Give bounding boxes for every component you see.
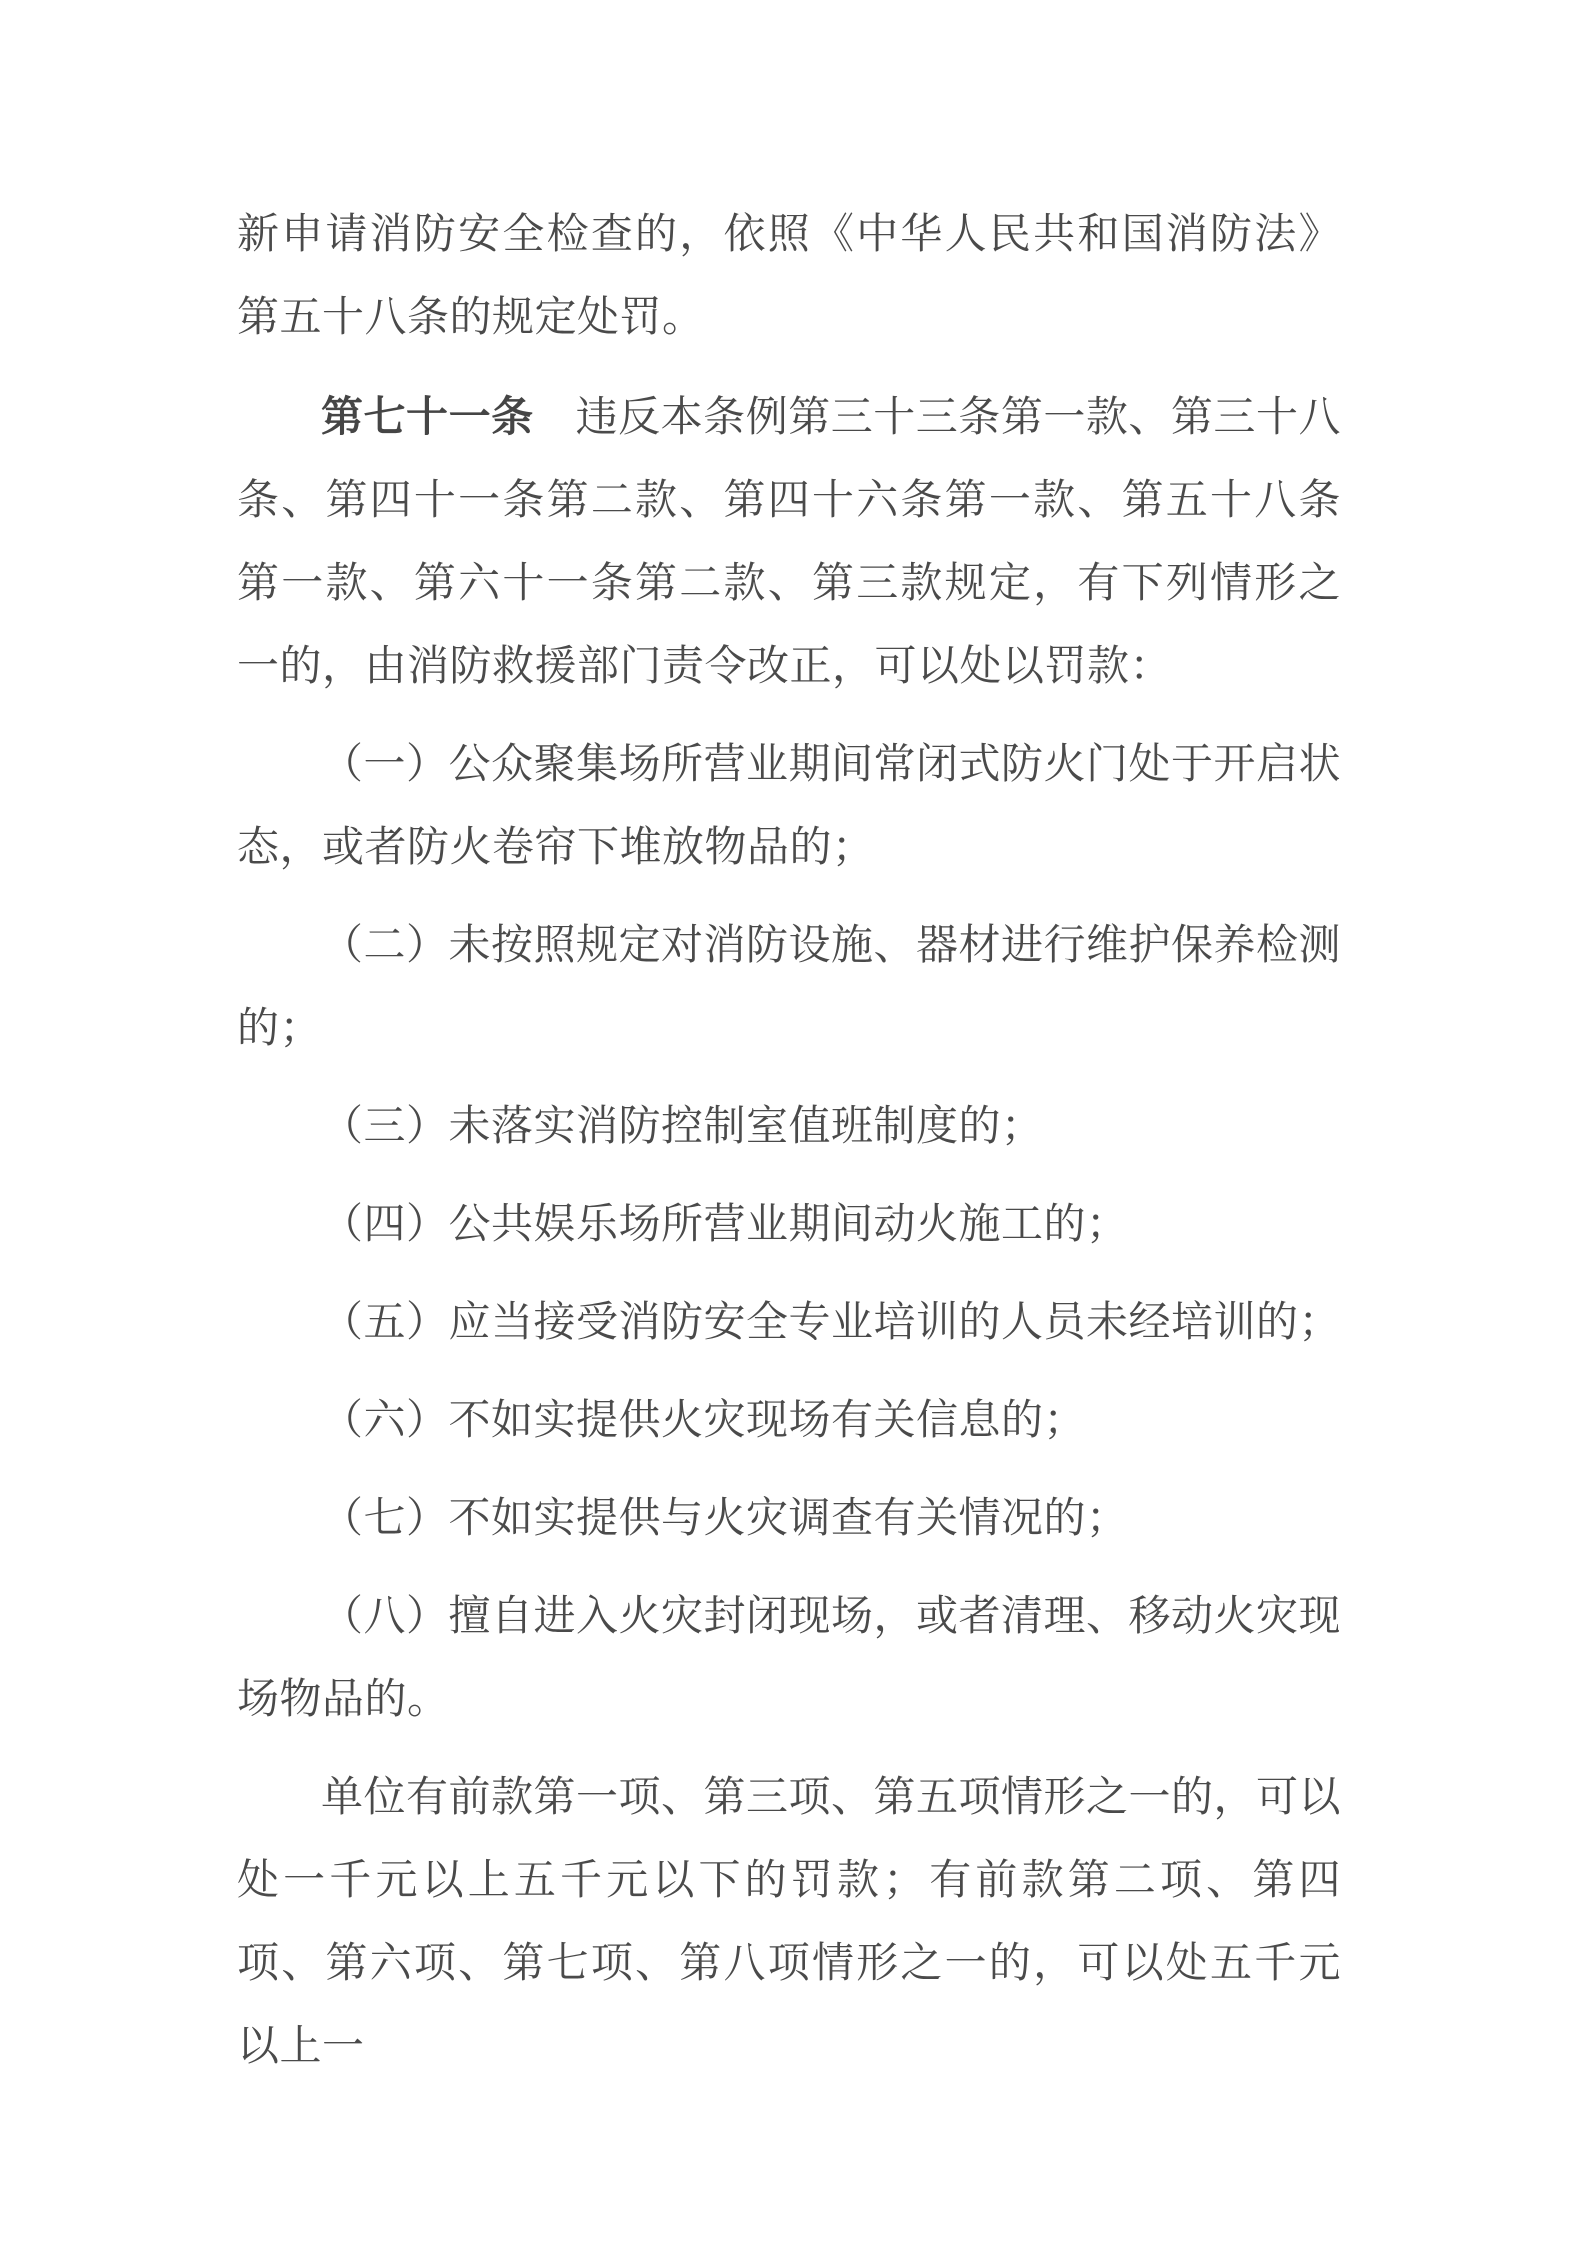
item-5: （五）应当接受消防安全专业培训的人员未经培训的； [237, 1282, 1341, 1365]
article-number: 第七十一条 [321, 393, 534, 440]
closing-paragraph: 单位有前款第一项、第三项、第五项情形之一的，可以处一千元以上五千元以下的罚款；有… [237, 1757, 1341, 2089]
article-71-paragraph: 第七十一条违反本条例第三十三条第一款、第三十八条、第四十一条第二款、第四十六条第… [237, 375, 1341, 709]
item-4: （四）公共娱乐场所营业期间动火施工的； [237, 1184, 1341, 1267]
item-6: （六）不如实提供火灾现场有关信息的； [237, 1380, 1341, 1463]
paragraph-continuation: 新申请消防安全检查的，依照《中华人民共和国消防法》第五十八条的规定处罚。 [237, 194, 1341, 360]
item-7: （七）不如实提供与火灾调查有关情况的； [237, 1478, 1341, 1561]
item-8: （八）擅自进入火灾封闭现场，或者清理、移动火灾现场物品的。 [237, 1576, 1341, 1742]
item-3: （三）未落实消防控制室值班制度的； [237, 1086, 1341, 1169]
document-page: 新申请消防安全检查的，依照《中华人民共和国消防法》第五十八条的规定处罚。 第七十… [237, 194, 1341, 2089]
item-1: （一）公众聚集场所营业期间常闭式防火门处于开启状态，或者防火卷帘下堆放物品的； [237, 724, 1341, 890]
item-2: （二）未按照规定对消防设施、器材进行维护保养检测的； [237, 905, 1341, 1071]
